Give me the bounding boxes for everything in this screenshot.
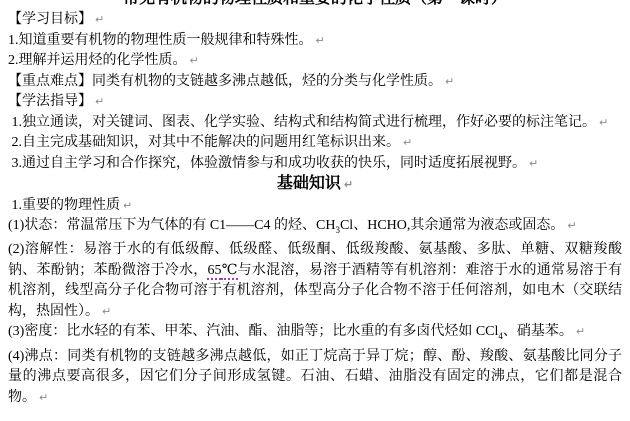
- text-run: 65: [207, 263, 221, 280]
- section-header-learning-goals: 【学习目标】↵: [8, 10, 622, 31]
- paragraph-mark-icon: ↵: [567, 219, 576, 232]
- paragraph-mark-icon: ↵: [95, 13, 104, 26]
- text-run: C1: [210, 218, 226, 233]
- paragraph-list: 【学习目标】↵1.知道重要有机物的物理性质一般规律和特殊性。↵2.理解并运用烃的…: [8, 10, 622, 408]
- study-guidance-1: 1.独立通读，对关键词、图表、化学实验、结构式和结构简式进行梳理，作好必要的标注…: [8, 113, 622, 134]
- study-guidance-3: 3.通过自主学习和合作探究，体验激情参与和成功收获的快乐，同时适度拓展视野。↵: [8, 154, 622, 175]
- text-run: C4: [254, 218, 270, 233]
- property-4-boiling-point: (4)沸点：同类有机物的支链越多沸点越低，如正丁烷高于异丁烷；醇、酚、羧酸、氨基…: [8, 347, 622, 409]
- paragraph-mark-icon: ↵: [95, 95, 104, 108]
- text-run: 1.知道重要有机物的物理性质一般规律和特殊性。: [8, 33, 313, 48]
- text-run: 【学法指导】: [8, 94, 92, 109]
- text-run: (3)密度：比水轻的有苯、甲苯、汽油、酯、油脂等；比水重的有多卤代烃如: [8, 324, 476, 339]
- text-run: 2.理解并运用烃的化学性质。: [8, 53, 187, 68]
- text-run: CH: [316, 218, 335, 233]
- paragraph-mark-icon: ↵: [599, 116, 608, 129]
- learning-goal-1: 1.知道重要有机物的物理性质一般规律和特殊性。↵: [8, 31, 622, 52]
- document-title-clipped: 常见有机物的物理性质和重要的化学性质（第一课时）: [8, 0, 622, 10]
- text-run: 2.自主完成基础知识，对其中不能解决的问题用红笔标识出来。: [8, 135, 400, 150]
- text-run: 1.独立通读，对关键词、图表、化学实验、结构式和结构简式进行梳理，作好必要的标注…: [8, 115, 596, 130]
- paragraph-mark-icon: ↵: [316, 34, 325, 47]
- text-run: 1.重要的物理性质: [8, 198, 120, 213]
- text-run: (1)状态：常温常压下为气体的有: [8, 218, 210, 233]
- paragraph-mark-icon: ↵: [403, 136, 412, 149]
- subheading-important-physical-properties: 1.重要的物理性质↵: [8, 196, 622, 217]
- text-run: 3.通过自主学习和合作探究，体验激情参与和成功收获的快乐，同时适度拓展视野。: [8, 156, 526, 171]
- text-run: CCl: [476, 324, 499, 339]
- learning-goal-2: 2.理解并运用烃的化学性质。↵: [8, 51, 622, 72]
- text-run: (4)沸点：同类有机物的支链越多沸点越低，如正丁烷高于异丁烷；醇、酚、羧酸、氨基…: [8, 349, 622, 405]
- paragraph-mark-icon: ↵: [576, 325, 585, 338]
- paragraph-mark-icon: ↵: [190, 54, 199, 67]
- paragraph-mark-icon: ↵: [123, 199, 132, 212]
- text-run: HCHO: [367, 218, 407, 233]
- study-guidance-2: 2.自主完成基础知识，对其中不能解决的问题用红笔标识出来。↵: [8, 133, 622, 154]
- text-run: 、硝基苯。: [503, 324, 573, 339]
- text-run: 、: [353, 218, 367, 233]
- text-run: Cl: [340, 218, 353, 233]
- word-document-page: 常见有机物的物理性质和重要的化学性质（第一课时） 【学习目标】↵1.知道重要有机…: [0, 0, 630, 421]
- text-run: ,其余通常为液态或固态。: [407, 218, 565, 233]
- text-run: 【学习目标】: [8, 12, 92, 27]
- text-run: ——: [226, 218, 254, 233]
- section-key-difficulties: 【重点难点】同类有机物的支链越多沸点越低，烃的分类与化学性质。↵: [8, 72, 622, 93]
- paragraph-mark-icon: ↵: [529, 157, 538, 170]
- text-run: ℃: [221, 263, 237, 280]
- document-body: 常见有机物的物理性质和重要的化学性质（第一课时） 【学习目标】↵1.知道重要有机…: [0, 0, 630, 408]
- heading-basic-knowledge: 基础知识↵: [8, 174, 622, 196]
- text-run: 【重点难点】同类有机物的支链越多沸点越低，烃的分类与化学性质。: [8, 74, 442, 89]
- paragraph-mark-icon: ↵: [445, 75, 454, 88]
- text-run: 的烃、: [271, 218, 317, 233]
- paragraph-mark-icon: ↵: [344, 178, 353, 191]
- property-2-solubility: (2)溶解性：易溶于水的有低级醇、低级醛、低级酮、低级羧酸、氨基酸、多肽、单糖、…: [8, 240, 622, 322]
- paragraph-mark-icon: ↵: [102, 305, 111, 318]
- paragraph-mark-icon: ↵: [39, 391, 48, 404]
- text-run: 基础知识: [277, 175, 341, 192]
- property-1-state: (1)状态：常温常压下为气体的有 C1——C4 的烃、CH3Cl、HCHO,其余…: [8, 216, 622, 240]
- document-title-text: 常见有机物的物理性质和重要的化学性质（第一课时）: [8, 0, 622, 9]
- property-3-density: (3)密度：比水轻的有苯、甲苯、汽油、酯、油脂等；比水重的有多卤代烃如 CCl4…: [8, 322, 622, 346]
- section-header-study-guidance: 【学法指导】↵: [8, 92, 622, 113]
